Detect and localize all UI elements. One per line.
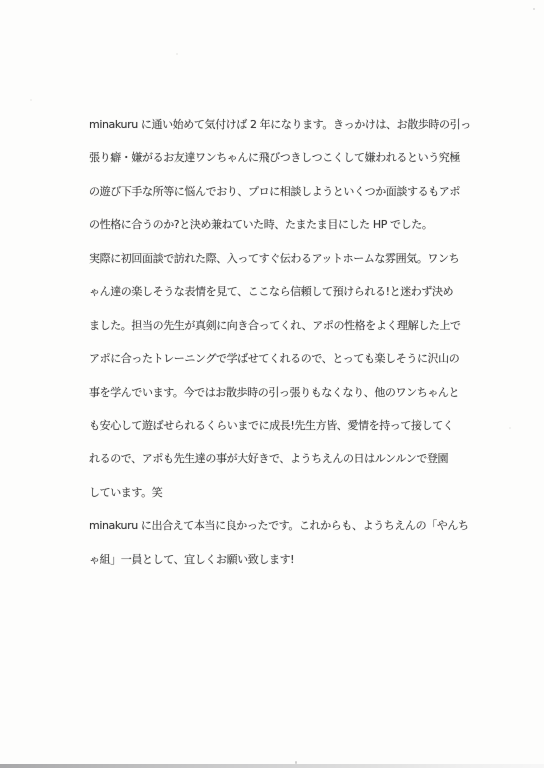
text-line: ゃん達の楽しそうな表情を見て、ここなら信頼して預けられる!と迷わず決め [89, 275, 469, 308]
text-line: も安心して遊ばせられるくらいまでに成長!先生方皆、愛情を持って接してく [89, 409, 469, 442]
scanned-page: minakuru に通い始めて気付けば 2 年になります。きっかけは、お散歩時の… [0, 0, 544, 768]
text-line: ました。担当の先生が真剣に向き合ってくれ、アポの性格をよく理解した上で [89, 309, 469, 342]
text-line: 実際に初回面談で訪れた際、入ってすぐ伝わるアットホームな雰囲気。ワンち [89, 242, 469, 275]
letter-body: minakuru に通い始めて気付けば 2 年になります。きっかけは、お散歩時の… [89, 108, 469, 576]
scan-speck [533, 8, 535, 10]
scan-speck [176, 53, 178, 55]
text-line: minakuru に出合えて本当に良かったです。これからも、ようちえんの「やんち [89, 509, 469, 542]
text-line: 事を学んでいます。今ではお散歩時の引っ張りもなくなり、他のワンちゃんと [89, 376, 469, 409]
text-line: アポに合ったトレーニングで学ばせてくれるので、とっても楽しそうに沢山の [89, 342, 469, 375]
scan-speck [30, 99, 32, 101]
text-line: しています。笑 [89, 476, 469, 509]
text-line: 張り癖・嫌がるお友達ワンちゃんに飛びつきしつこくして嫌われるという究極 [89, 141, 469, 174]
text-line: の遊び下手な所等に悩んでおり、プロに相談しようといくつか面談するもアポ [89, 175, 469, 208]
text-line: の性格に合うのか?と決め兼ねていた時、たまたま目にした HP でした。 [89, 208, 469, 241]
text-line: れるので、アポも先生達の事が大好きで、ようちえんの日はルンルンで登園 [89, 442, 469, 475]
scan-speck [509, 427, 511, 429]
text-line: ゃ組」一員として、宜しくお願い致します! [89, 543, 469, 576]
text-line: minakuru に通い始めて気付けば 2 年になります。きっかけは、お散歩時の… [89, 108, 469, 141]
scan-edge-shadow [0, 764, 544, 768]
